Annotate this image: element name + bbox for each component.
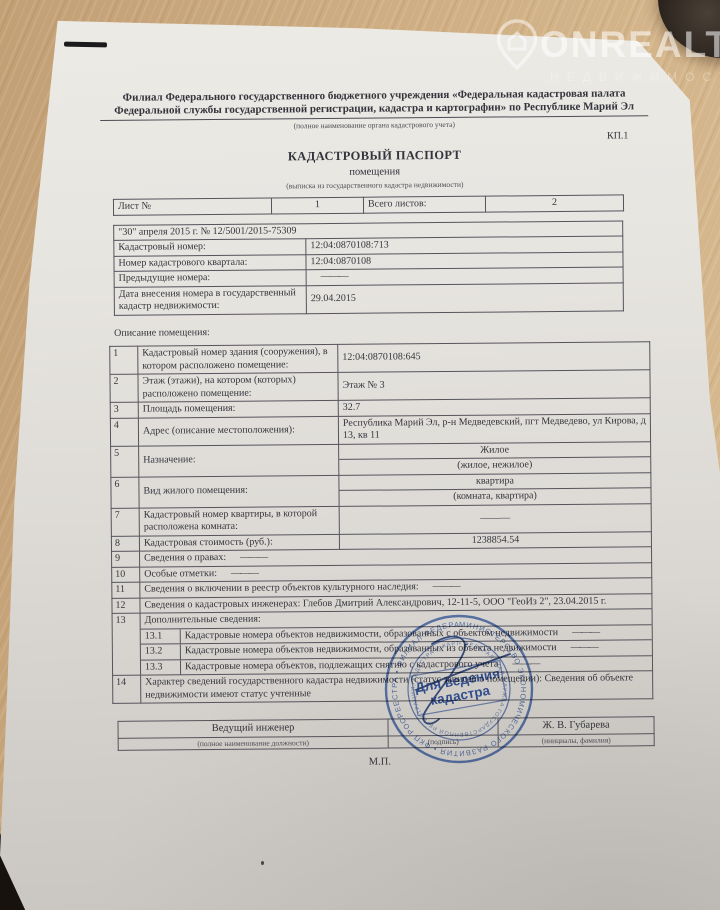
photo-background: Филиал Федерального государственного бюд… — [0, 0, 720, 910]
sheet-table: Лист № 1 Всего листов: 2 — [113, 194, 624, 215]
camera-lens-object — [658, 0, 720, 58]
sheet-value: 1 — [271, 197, 363, 213]
table-row: Дата внесения номера в государственный к… — [114, 282, 623, 314]
row-number: 7 — [111, 508, 139, 536]
row-label: Этаж (этажи), на котором (которых) распо… — [138, 372, 338, 402]
total-sheets-value: 2 — [485, 195, 623, 212]
total-sheets-label: Всего листов: — [363, 196, 485, 213]
row-number: 8 — [111, 536, 139, 552]
row-label: Кадастровая стоимость (руб.): — [139, 534, 339, 551]
official-stamp: МИНИСТЕРСТВО ЭКОНОМИЧЕСКОГО РАЗВИТИЯ • Ф… — [374, 604, 544, 774]
position-caption: (полное наименование должности) — [118, 736, 388, 751]
apartment-number-value: ——— — [339, 503, 651, 534]
building-cadastral-number: 12:04:0870108:645 — [338, 342, 650, 373]
row-number: 10 — [112, 567, 140, 583]
row-label: Дата внесения номера в государственный к… — [114, 285, 306, 315]
row-label: Адрес (описание местоположения): — [138, 416, 338, 446]
row-number: 4 — [110, 418, 138, 446]
row-number: 9 — [112, 551, 140, 567]
row-label: Кадастровый номер квартиры, в которой ра… — [139, 506, 339, 536]
entry-date-value: 29.04.2015 — [306, 282, 623, 313]
row-label: Площадь помещения: — [138, 400, 338, 417]
sheet-label: Лист № — [113, 198, 271, 215]
address-value: Республика Марий Эл, р-н Медведевский, п… — [338, 413, 650, 444]
row-label: Вид жилого помещения: — [139, 475, 339, 508]
floor-value: Этаж № 3 — [338, 370, 650, 401]
table-row: Лист № 1 Всего листов: 2 — [113, 195, 623, 215]
title-caption: (выписка из государственного кадастра не… — [101, 178, 649, 192]
description-heading: Описание помещения: — [114, 323, 650, 340]
row-label: Кадастровый номер: — [114, 239, 306, 256]
row-number: 14 — [113, 675, 141, 703]
row-label: Назначение: — [139, 444, 339, 477]
row-label: Номер кадастрового квартала: — [114, 254, 306, 271]
table-row: 5 Назначение: Жилое (жилое, нежилое) — [111, 441, 651, 477]
row-number: 1 — [110, 346, 138, 374]
table-row: 6 Вид жилого помещения: квартира (комнат… — [111, 472, 651, 508]
paper-speck — [261, 861, 264, 865]
row-number: 6 — [111, 477, 139, 508]
form-code: КП.1 — [100, 131, 648, 148]
row-number: 11 — [112, 582, 140, 598]
row-label: Предыдущие номера: — [114, 270, 306, 287]
row-number: 12 — [112, 598, 140, 614]
org-caption: (полное наименование органа кадастрового… — [100, 118, 648, 132]
row-label: Кадастровый номер здания (сооружения), в… — [138, 344, 338, 374]
redaction-mark — [64, 42, 107, 48]
row-number: 3 — [110, 402, 138, 418]
issuing-org-name: Филиал Федерального государственного бюд… — [100, 87, 648, 121]
purpose-value: Жилое (жилое, нежилое) — [339, 441, 651, 475]
row-number: 13 — [112, 613, 141, 675]
registration-table: "30" апреля 2015 г. № 12/5001/2015-75309… — [113, 220, 624, 315]
dwelling-type-value: квартира (комната, квартира) — [339, 472, 651, 506]
row-number: 5 — [111, 446, 139, 477]
row-number: 2 — [110, 374, 138, 402]
